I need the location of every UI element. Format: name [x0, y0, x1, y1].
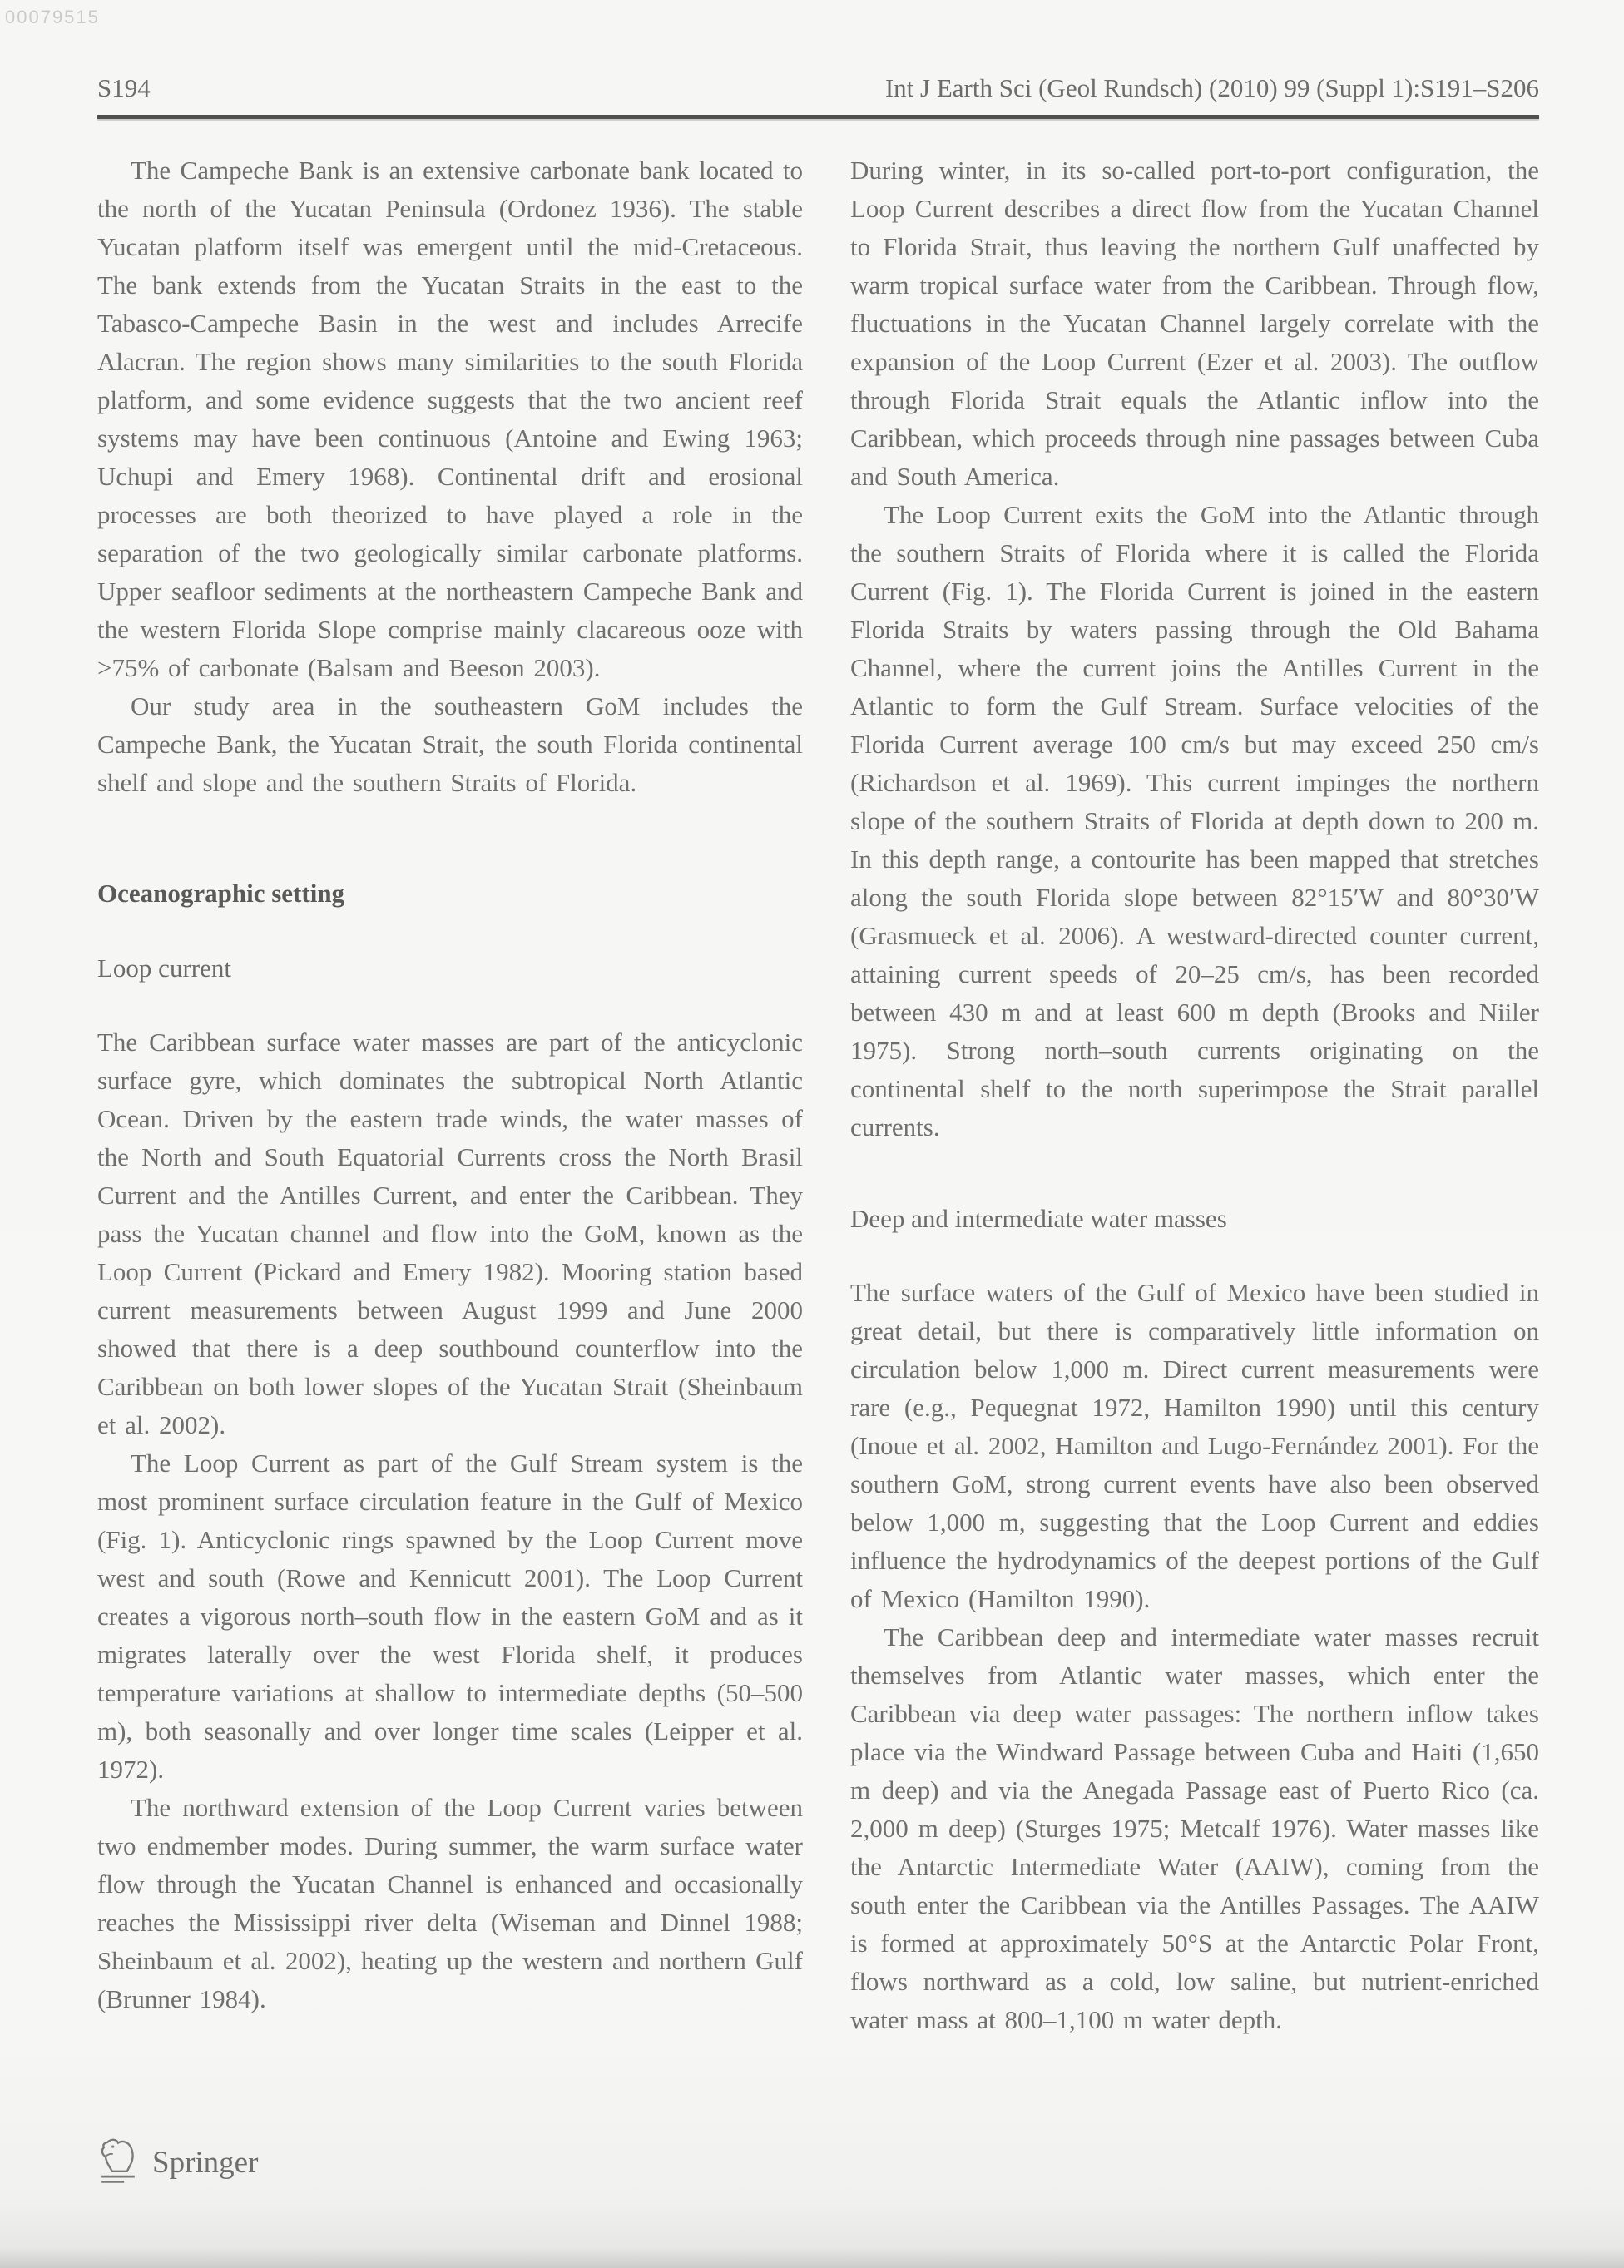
publisher-footer: Springer: [96, 2137, 258, 2188]
journal-reference: Int J Earth Sci (Geol Rundsch) (2010) 99…: [885, 73, 1539, 103]
left-column: The Campeche Bank is an extensive carbon…: [97, 151, 803, 2039]
paragraph-caribbean-surface: The Caribbean surface water masses are p…: [97, 1023, 803, 1444]
paragraph-caribbean-deep: The Caribbean deep and intermediate wate…: [850, 1618, 1539, 2039]
paragraph-campeche-bank: The Campeche Bank is an extensive carbon…: [97, 151, 803, 687]
subsection-heading-deep-water-masses: Deep and intermediate water masses: [850, 1200, 1539, 1238]
paragraph-loop-current-system: The Loop Current as part of the Gulf Str…: [97, 1444, 803, 1789]
paragraph-surface-waters: The surface waters of the Gulf of Mexico…: [850, 1274, 1539, 1618]
right-column: During winter, in its so-called port-to-…: [850, 151, 1539, 2039]
paragraph-study-area: Our study area in the southeastern GoM i…: [97, 687, 803, 802]
paragraph-northward-extension: The northward extension of the Loop Curr…: [97, 1789, 803, 2018]
scanner-edge-shadow: [0, 2248, 1624, 2268]
two-column-body: The Campeche Bank is an extensive carbon…: [97, 151, 1539, 2039]
page-header: S194 Int J Earth Sci (Geol Rundsch) (201…: [97, 73, 1539, 103]
scanned-journal-page: 00079515 S194 Int J Earth Sci (Geol Rund…: [0, 0, 1624, 2268]
header-rule: [97, 115, 1539, 119]
scan-stamp-number: 00079515: [5, 7, 100, 28]
page-number: S194: [97, 73, 151, 103]
publisher-name: Springer: [152, 2145, 258, 2181]
subsection-heading-loop-current: Loop current: [97, 949, 803, 988]
paragraph-loop-current-exit: The Loop Current exits the GoM into the …: [850, 496, 1539, 1146]
springer-knight-icon: [96, 2137, 141, 2188]
paragraph-winter-configuration: During winter, in its so-called port-to-…: [850, 151, 1539, 496]
section-heading-oceanographic-setting: Oceanographic setting: [97, 874, 803, 913]
